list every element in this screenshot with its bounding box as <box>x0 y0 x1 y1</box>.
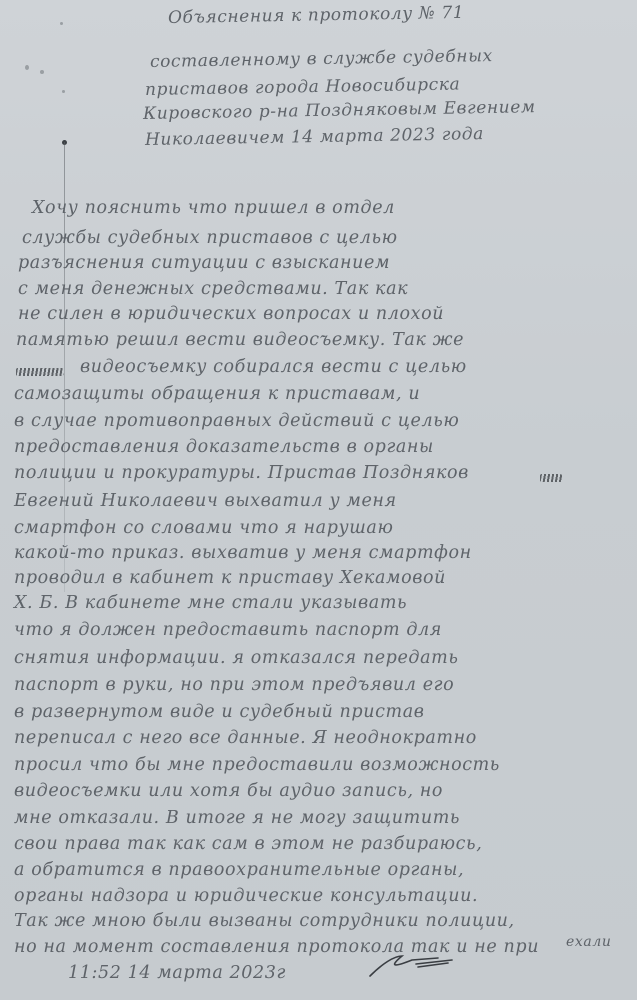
body-line: видеосъемку собирался вести с целью <box>80 357 467 377</box>
body-line: разъяснения ситуации с взысканием <box>18 253 390 273</box>
body-line: но на момент составления протокола так и… <box>14 937 539 957</box>
header-line: Кировского р-на Поздняковым Евгением <box>143 97 536 124</box>
body-line: полиции и прокуратуры. Пристав Поздняков <box>14 463 469 483</box>
date-time-line: 11:52 14 марта 2023г <box>68 963 286 983</box>
body-line-continuation: ехали <box>566 934 611 950</box>
crossed-out-word <box>16 368 64 376</box>
body-line: проводил в кабинет к приставу Хекамовой <box>14 568 446 588</box>
body-line: мне отказали. В итоге я не могу защитить <box>14 808 460 828</box>
body-line: снятия информации. я отказался передать <box>14 648 458 668</box>
body-line: не силен в юридических вопросах и плохой <box>18 304 444 324</box>
ink-speck <box>60 22 63 25</box>
header-line: Объяснения к протоколу № 71 <box>168 3 465 28</box>
document-page: Объяснения к протоколу № 71 составленном… <box>0 0 637 1000</box>
ink-speck <box>40 70 44 74</box>
ink-speck <box>62 90 65 93</box>
crossed-out-letter <box>540 474 562 482</box>
body-line: Евгений Николаевич выхватил у меня <box>14 491 397 511</box>
body-line: какой-то приказ. выхватив у меня смартфо… <box>14 543 472 563</box>
body-line: службы судебных приставов с целью <box>22 228 398 248</box>
signature-icon <box>368 952 458 978</box>
body-line: а обратится в правоохранительные органы, <box>14 860 464 880</box>
body-line: самозащиты обращения к приставам, и <box>14 384 420 404</box>
header-line: составленному в службе судебных <box>150 46 493 72</box>
body-line: просил что бы мне предоставили возможнос… <box>14 755 500 775</box>
body-line: в случае противоправных действий с целью <box>14 411 459 431</box>
body-line: что я должен предоставить паспорт для <box>14 620 442 640</box>
header-line: Николаевичем 14 марта 2023 года <box>145 124 484 150</box>
body-line: предоставления доказательств в органы <box>14 437 434 457</box>
header-line: приставов города Новосибирска <box>145 74 461 100</box>
ink-speck <box>25 65 29 70</box>
body-line: смартфон со словами что я нарушаю <box>14 518 393 538</box>
body-line: памятью решил вести видеосъемку. Так же <box>16 330 464 350</box>
body-line: свои права так как сам в этом не разбира… <box>14 834 482 854</box>
body-line: Так же мною были вызваны сотрудники поли… <box>14 911 515 931</box>
body-line: органы надзора и юридические консультаци… <box>14 886 478 906</box>
body-line: переписал с него все данные. Я неоднокра… <box>14 728 477 748</box>
body-line: видеосъемки или хотя бы аудио запись, но <box>14 781 443 801</box>
body-line: в развернутом виде и судебный пристав <box>14 702 425 722</box>
signature <box>368 952 458 978</box>
body-line: с меня денежных средствами. Так как <box>18 279 408 299</box>
body-line: Хочу пояснить что пришел в отдел <box>32 198 395 218</box>
body-line: паспорт в руки, но при этом предъявил ег… <box>14 675 454 695</box>
body-line: Х. Б. В кабинете мне стали указывать <box>14 593 407 613</box>
